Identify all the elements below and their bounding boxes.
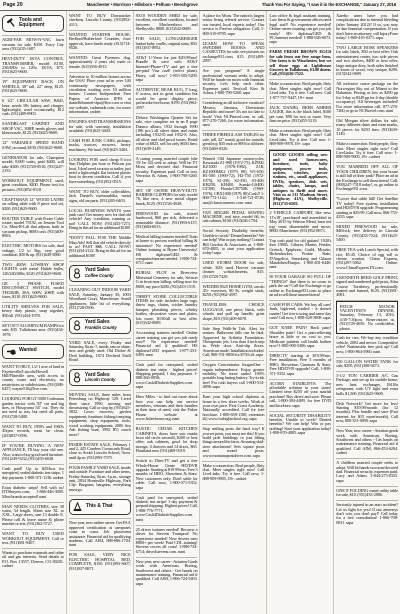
classified-ad: Hero Miles - to find out more about how … xyxy=(136,393,198,425)
classified-ad: 550 GALLON WATER TANK for sale, $295. (9… xyxy=(336,358,398,372)
section-subtitle: Franklin County xyxy=(85,326,117,331)
classified-ad: JACK DANIEL BEER AMBER LAGER, this is th… xyxy=(269,104,331,127)
classified-ad: 8X10 WOODEN SHED for sale, excellent, ex… xyxy=(136,12,198,35)
classified-ad: ONE 8' FOLDING metal utility table for s… xyxy=(336,487,398,501)
classified-ad: GOT KNEE PAIN? Back pain? Shoulder pain?… xyxy=(269,324,331,352)
classified-ad: Switch to DirecTV and get a free Whole-H… xyxy=(136,457,198,493)
yard-sale-icon xyxy=(72,372,82,383)
classified-ad: THREE FIBERGLASS TABLES for sale, tall, … xyxy=(202,131,264,154)
classified-ad: GOOD GOODS selling new and used housewar… xyxy=(269,150,331,209)
classified-ad: USED STORM DOOR for sale, white, $20; us… xyxy=(202,259,264,282)
classified-ad: 3-1/2 TON CARRIER A/C Gas Package, unit … xyxy=(336,372,398,400)
classified-ad: AGRI-FAB MOW-N-VAC lawn vacuum for sale,… xyxy=(2,36,64,55)
section-header-box: Yard SalesLincoln County xyxy=(69,369,131,386)
classified-ad: AT&T U-Verse for just $29.99/mo! Bundle … xyxy=(136,54,198,86)
classified-ad: Law office & legal assistant training. L… xyxy=(269,12,331,48)
page-header: Page 20 Manchester • Morrison • Hillsbor… xyxy=(0,0,400,11)
classified-ad: Social Security Disability benefits. Una… xyxy=(202,227,264,259)
column-2: WANT TO BUY Dominicker chickens. Lincoln… xyxy=(66,11,133,614)
classified-ad: TWO LARGE BOSE SPEAKERS for sale, black,… xyxy=(336,44,398,80)
section-subtitle: Coffee County xyxy=(85,274,114,279)
classified-ad: CASH FOR JUNK CARS, pickups, trucks, tra… xyxy=(69,137,131,156)
classified-ad: GENERATOR for sale, Champion model, 8,00… xyxy=(2,154,64,177)
pointing-hand-icon xyxy=(6,347,17,356)
column-5: Law office & legal assistant training. L… xyxy=(266,11,333,614)
classified-ad: WANT TO BUY, 1950's and 1960's 45rpm rec… xyxy=(2,423,64,442)
classified-ad: WANT TO BUY Dominicker chickens. Lincoln… xyxy=(69,12,131,31)
classified-ad: Make a connection. Real people, flirty c… xyxy=(269,127,331,150)
classified-ad: A place for Mom. The nation's largest se… xyxy=(202,12,264,40)
classified-ad: Make a connection. Real people, flirty c… xyxy=(269,80,331,103)
cone-icon xyxy=(72,502,83,512)
classified-ad: ROUTER TABLE with Porter Cable router, m… xyxy=(2,215,64,243)
classified-ad: Seriously injured in an auto accident? L… xyxy=(336,501,398,528)
section-header: Yard SalesCoffee County xyxy=(69,262,131,287)
classified-ad: WANTED: Great Pyrenees dog, approximatel… xyxy=(69,54,131,73)
classified-ad: Accounting trainees needed! Online caree… xyxy=(136,329,198,361)
classified-ad: Wanted Old Japanese motorcycles, Kawasak… xyxy=(202,155,264,209)
classified-ad: Make a connection. Real people, flirty c… xyxy=(336,140,398,163)
classified-ad: FOUR FAMILY YARD SALE, inside and outsid… xyxy=(69,464,131,496)
classified-ad: Xarelto users have you had complications… xyxy=(336,12,398,44)
section-header: Yard SalesLincoln County xyxy=(69,366,131,391)
classified-ad: UTILITY SHELVES FOR SALE, heavy duty pla… xyxy=(2,303,64,322)
region-list: Manchester • Morrison • Hillsboro • Pelh… xyxy=(87,2,198,7)
classified-ad: PATCH MANOR VALENTINE'S DINNER, Saturday… xyxy=(336,301,398,334)
classified-ad: ACORN STAIRLIFTS. The affordable solutio… xyxy=(269,380,331,412)
yard-sale-icon xyxy=(72,268,82,279)
classified-ad: FOR SALE, VERY NICE ELECTRIC HOSPITAL BE… xyxy=(69,551,131,573)
section-header: This & That xyxy=(69,496,131,520)
classified-ad: LOOKING FOR GT 5000 Craftsman garden tra… xyxy=(2,395,64,423)
section-title: This & That xyxy=(86,504,113,509)
section-title: Wanted xyxy=(19,348,37,353)
classified-ad: WORKOUT EQUIPMENT, used, great condition… xyxy=(2,177,64,196)
classified-ad: Top cash paid for old guitars! 1920's th… xyxy=(269,237,331,273)
classified-ad: SET OF OSTER HEAVY-DUTY BARBER CLIPPERS … xyxy=(136,187,198,210)
classified-ad: A childless married couple seeks to adop… xyxy=(336,459,398,487)
classified-ad: TWO 400W LOWBAY SHOP LIGHTS with metal H… xyxy=(2,261,64,280)
classified-ad: New year, new career - Aviation Grads wo… xyxy=(136,558,198,589)
classified-ad: WANTED STARTER HOUSE, Bedford/Rutherford… xyxy=(69,31,131,54)
classified-ad: SANDBLAST CABINET AND SHOP VAC, 30HP, ne… xyxy=(2,120,64,139)
classified-ad: LEARN HOW TO SPEAK SWEDISH BOOKS AND CAS… xyxy=(202,40,264,68)
column-4: A place for Mom. The nation's largest se… xyxy=(199,11,266,614)
classified-ad: DIRECTV starting at $19.99/mo. Free inst… xyxy=(269,352,331,380)
classified-ad: ENGINES AND TRANSMISSIONS for sale, with… xyxy=(69,118,131,137)
classified-ad: Old Morgan silver dollars for sale, many… xyxy=(336,117,398,140)
classified-ad: CLEANING OUT INDOOR YARD SALE, Saturday,… xyxy=(69,286,131,314)
classified-ad: 2 VEHICLE CARPORT, like new, 11'x18', pu… xyxy=(269,209,331,237)
classified-ad: Cash paid for unexpired, sealed diabetic… xyxy=(136,361,198,393)
classified-ad: Medical billing trainees needed! Train a… xyxy=(136,233,198,269)
section-header-box: This & That xyxy=(69,499,131,515)
classified-ad: 1925 SINGER PEDAL SEWING MACHINE, real n… xyxy=(202,209,264,228)
classified-ad: MOVING SALE, three miles from Petersburg… xyxy=(69,391,131,441)
classified-ad: Cash for cars: We buy any condition vehi… xyxy=(336,334,398,357)
classified-ad: RUSTIC CEDAR KITCHEN CABINETS, doors hav… xyxy=(136,425,198,457)
classified-ad: Stop settling posts the hard way! If you… xyxy=(202,425,264,461)
classified-ad: Extra diabetic strips! Sell with us! DTS… xyxy=(2,484,64,503)
classified-ad: Cash paid! Up to $25/box for unexpired, … xyxy=(2,465,64,484)
classified-ad: FREE TEA with Lunch Special, with rice, … xyxy=(336,246,398,274)
classified-columns: Tools and EquipmentAGRI-FAB MOW-N-VAC la… xyxy=(0,11,400,614)
column-6: Xarelto users have you had complications… xyxy=(333,11,400,614)
hammer-icon xyxy=(6,18,17,28)
classified-ad: TRAVELERS CHOICE LUGGAGE, one piece, bla… xyxy=(202,301,264,324)
classified-ad: WEIDER 8525 HOME GYM, can do 35+ exercis… xyxy=(202,283,264,302)
classified-ad: GE 3 PHASE FUSED DISCONNECT SWITCH, mode… xyxy=(2,280,64,303)
classified-ad: Earn your high school diploma at home in… xyxy=(202,393,264,425)
classified-ad: Cash paid for unexpired, sealed diabetic… xyxy=(136,494,198,526)
page-number: Page 20 xyxy=(3,2,23,8)
classified-ad: IS YOUR GARAGE SO FULL OF "THINGS" that … xyxy=(269,273,331,301)
masthead-tagline: Thank You For Saying, "I saw it in the E… xyxy=(262,2,396,7)
newspaper-page: Page 20 Manchester • Morrison • Hillsbor… xyxy=(0,0,400,614)
section-title: Tools and Equipment xyxy=(19,18,60,29)
classified-ad: All inclusive cruise package on the Norw… xyxy=(336,80,398,116)
classified-ad: IF YOU'RE BUYING A NEW APPLIANCE, I'll b… xyxy=(2,442,64,465)
classified-ad: CASH FOR CARS: We buy all cars! Junk, hi… xyxy=(269,301,331,324)
classified-ad: BURIAL PLOT in Riverview Memorial Cemete… xyxy=(136,269,198,292)
column-1: Tools and EquipmentAGRI-FAB MOW-N-VAC la… xyxy=(0,11,66,614)
classified-ad: HEVI-DUTY 1KVA CONTROL TRANSFORMER, mode… xyxy=(2,55,64,78)
classified-ad: Dish Network? Get more for less! Startin… xyxy=(336,400,398,428)
classified-ad: THRIFT STORE COLLECTIBLE ITEMS for sale,… xyxy=(136,293,198,329)
yard-sale-icon xyxy=(72,320,82,331)
classified-ad: SOCIAL SECURITY DISABILITY benefits. Una… xyxy=(269,412,331,439)
section-header-box: Tools and Equipment xyxy=(2,15,64,32)
classified-ad: FIREWOOD for sale, mixed hardwood, $60 p… xyxy=(136,210,198,233)
classified-ad: Deluxe Washington Quarter Set for sale, … xyxy=(136,114,198,155)
classified-ad: YARD SALE, every Friday and Saturday, 8a… xyxy=(69,339,131,367)
section-header-box: Yard SalesFranklin County xyxy=(69,317,131,334)
classified-ad: SET OF 5' ALUMINUM RAMPS for sale, $35. … xyxy=(2,322,64,341)
classified-ad: INSIDE ESTATE SALE, February 1 and 2, 42… xyxy=(69,441,131,464)
classified-ad: 19" EQUIPMENT RACK ON WHEELS, 38" tall, … xyxy=(2,78,64,97)
classified-ad: CRAFTSMAN 12" WOOD LATHE on rolling tabl… xyxy=(2,196,64,215)
classified-ad: WANT TO BUY USED WORKOUT EQUIPMENT. Call… xyxy=(2,530,64,549)
section-header-box: Yard SalesCoffee County xyxy=(69,265,131,282)
classified-ad: MAN NEEDS CLOTHES, size 38 waist, 34 len… xyxy=(2,503,64,531)
section-header: Tools and Equipment xyxy=(2,12,64,36)
section-header: Wanted xyxy=(2,341,64,364)
classified-ad: Wants to purchase minerals and other oil… xyxy=(2,549,64,571)
classified-ad: New year, new airline career. Get FAA ap… xyxy=(69,519,131,551)
classified-ad: Safe Step Walk-In Tub. Alert for seniors… xyxy=(202,325,264,361)
classified-ad: J KENNETH REED GOLF PRINT, signed and nu… xyxy=(336,274,398,302)
classified-ad: New Year, new career - Aviation grads wo… xyxy=(336,427,398,459)
classified-ad: Considering an all inclusive vacation? M… xyxy=(202,99,264,131)
classified-ad: FOR SALE, LONGABERGER basket baby cradle… xyxy=(136,35,198,54)
classified-ad: LOCAL BUSINESS WANTS your junk cars! Get… xyxy=(69,207,131,235)
classified-ad: WANT TO BUY, older collectibles; Jack Da… xyxy=(69,188,131,207)
classified-ad: 25 driver trainees needed! Become a driv… xyxy=(136,526,198,558)
classified-ad: *DON'T FALL FOR THE Middle Man Ads! Sell… xyxy=(69,234,131,262)
classified-ad: ELECTRIC MOTORS for sale, dual voltage, … xyxy=(2,242,64,261)
classified-ad: 6 1/2" CIRCULAR SAW, B&D, laser, needs 1… xyxy=(2,97,64,120)
section-header: Yard SalesFranklin County xyxy=(69,314,131,339)
section-header-box: Wanted xyxy=(2,344,64,359)
classified-ad: A caring young married couple (she 35/ h… xyxy=(136,155,198,187)
classified-ad: Oxygen Concentrator InogenOne - regain i… xyxy=(202,361,264,393)
classified-ad: Are you pregnant? A single professional … xyxy=(202,67,264,99)
column-3: 8X10 WOODEN SHED for sale, excellent, ex… xyxy=(133,11,200,614)
classified-ad: Make a connection. Real people, flirty c… xyxy=(202,462,264,484)
section-subtitle: Lincoln County xyxy=(85,378,116,383)
classified-ad: 12" VARIABLE SPEED BAND SAW, on stand, $… xyxy=(2,139,64,153)
classified-ad: AUTHENTIC BEAR RUG, 5' long, 6' across, … xyxy=(136,86,198,114)
classified-ad: *Lower that cable bill! Get Satellite TV… xyxy=(336,195,398,223)
classified-ad: LOOKING FOR used cheap 8 foot Sun Dolphi… xyxy=(69,156,131,188)
classified-ad: Advertise to 10 million homes across the… xyxy=(69,73,131,118)
classified-ad: YOU MARRIED OFF ALL OF YOUR CHILDREN, bu… xyxy=(336,163,398,195)
classified-ad: MIXED FIREWOOD for sale, $40/rick, free … xyxy=(336,223,398,246)
classified-ad: WANT TO BUY, 1/2-1 acre of land in Fayet… xyxy=(2,363,64,395)
classified-ad: FARM FRESH BROWN EGGS for sale from our … xyxy=(269,48,331,80)
